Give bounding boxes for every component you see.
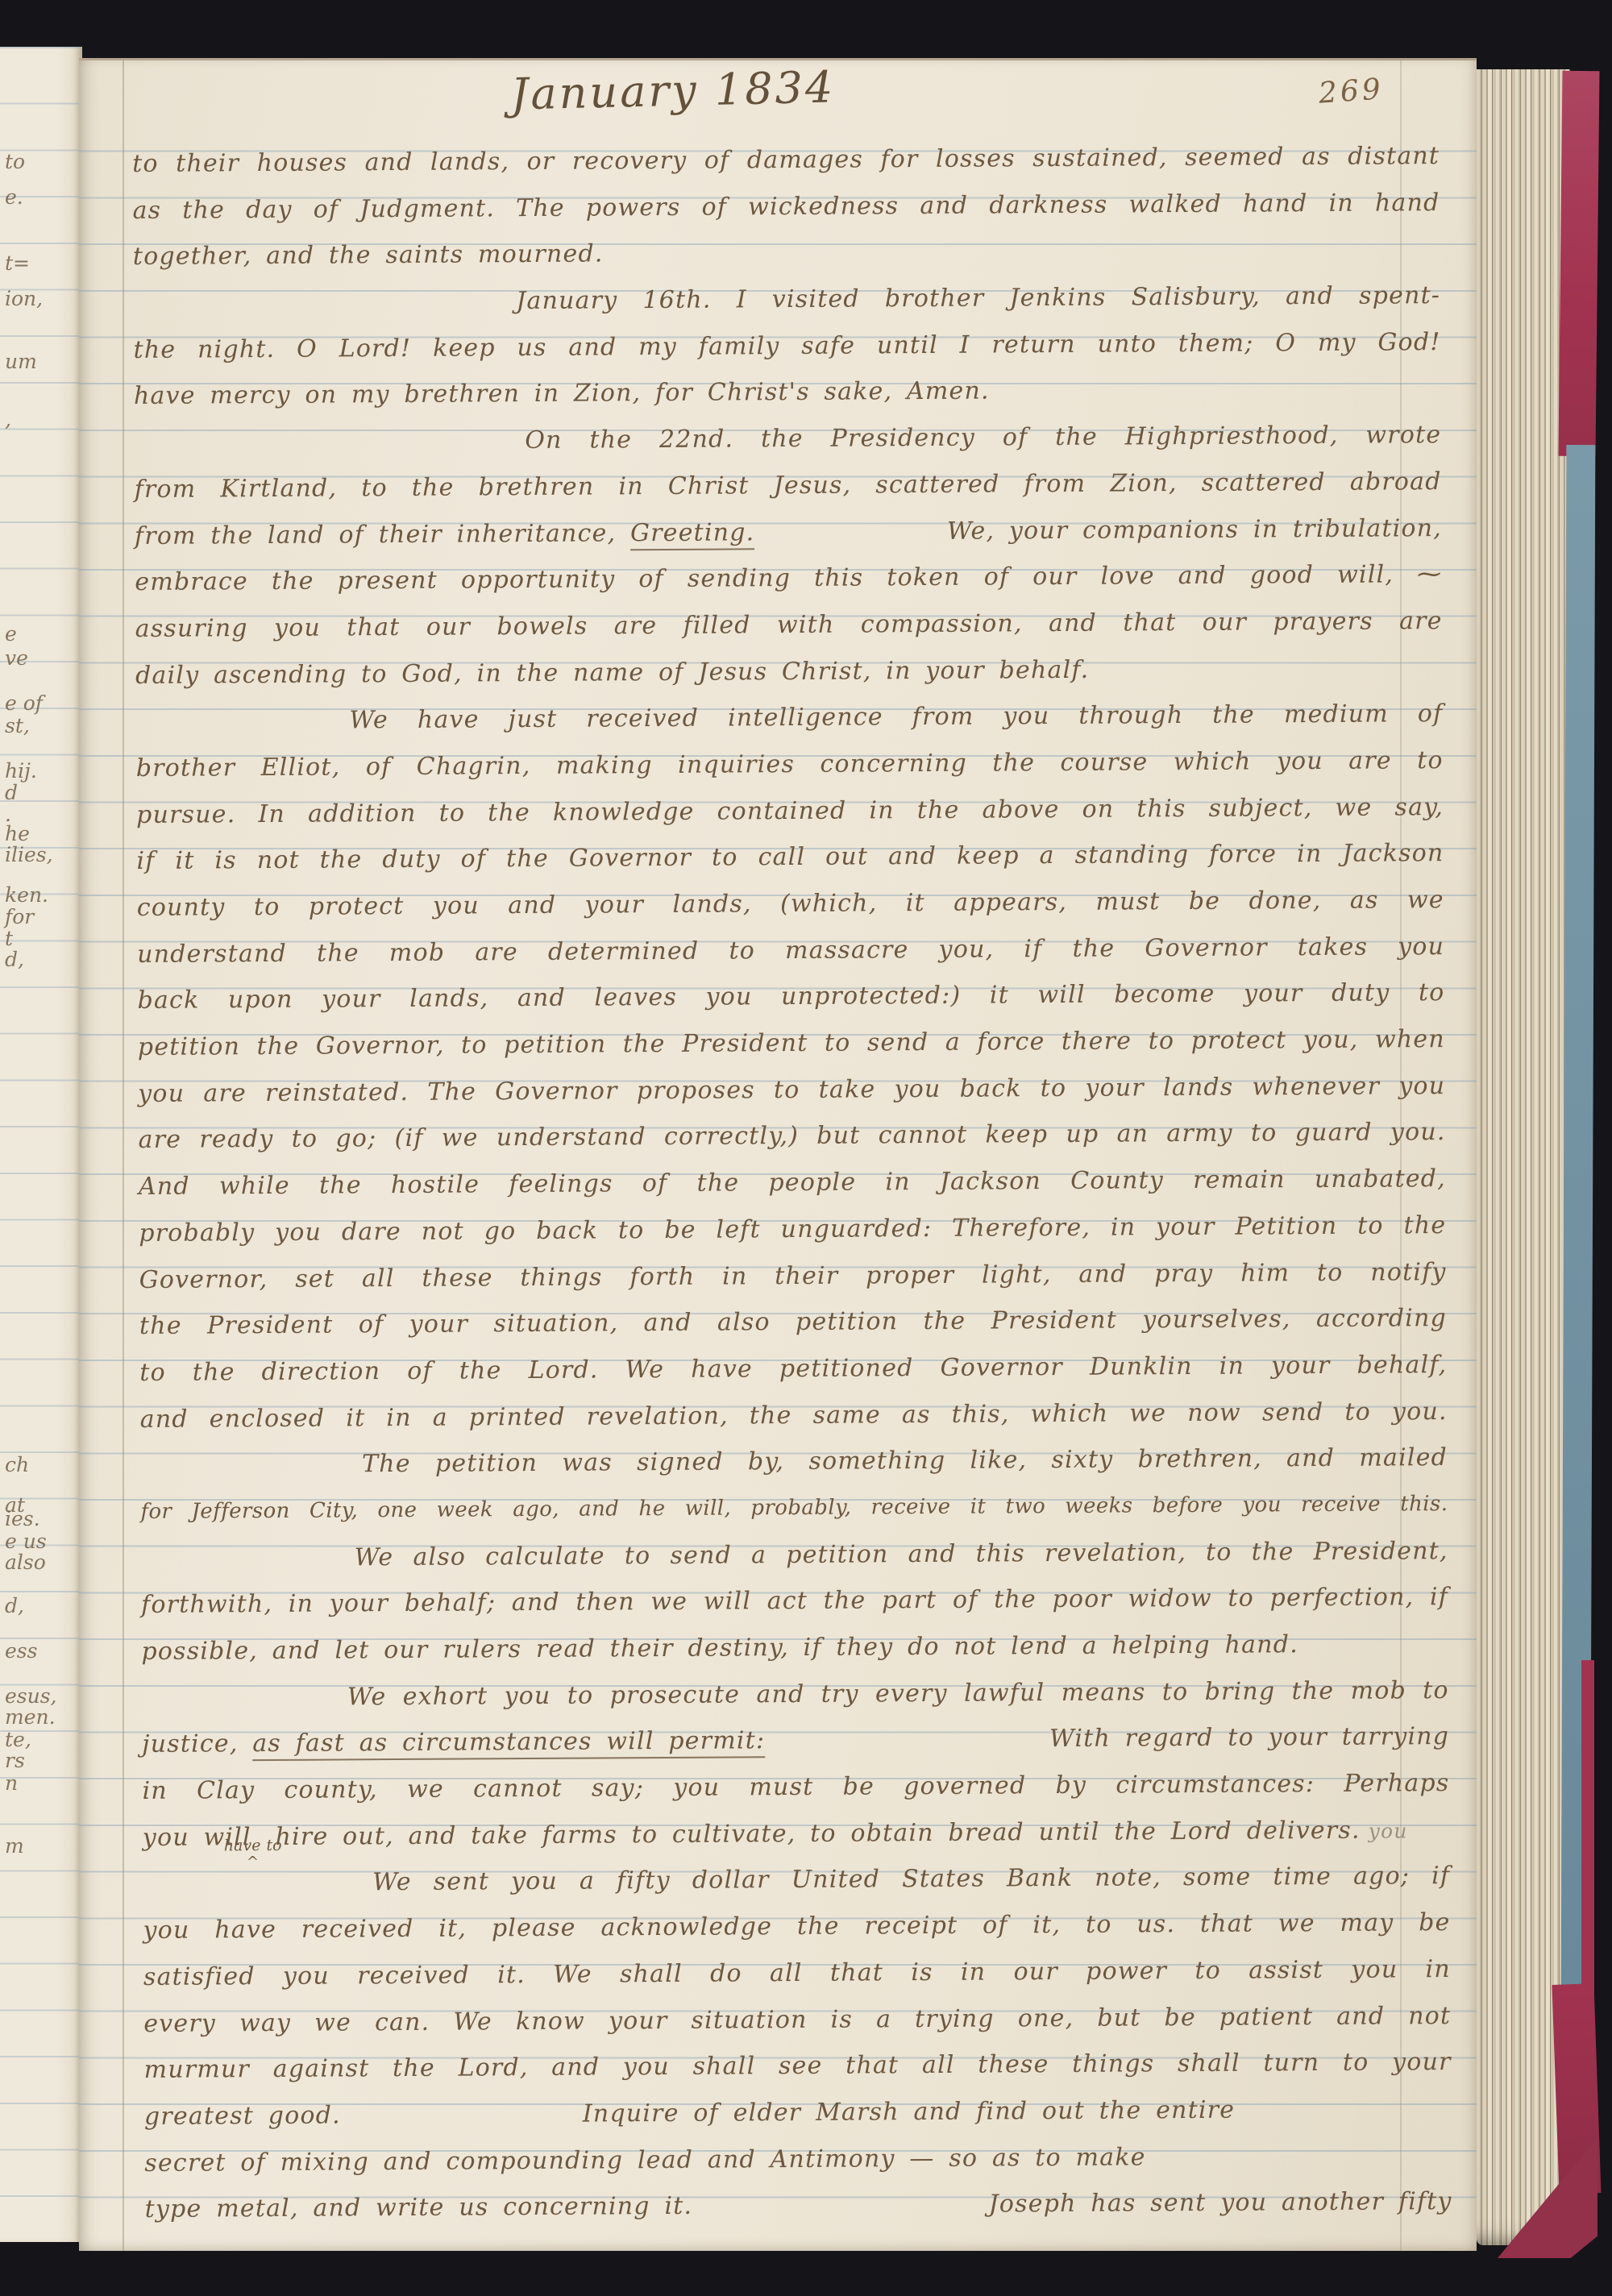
edge-text-fragment: ch	[5, 1453, 29, 1476]
manuscript-line: We have just received intelligence from …	[135, 691, 1443, 745]
edge-text-fragment: ken.	[5, 883, 48, 907]
edge-text-fragment: ion,	[5, 287, 43, 310]
edge-text-fragment: ilies,	[5, 843, 53, 866]
manuscript-line: murmur against the Lord, and you shall s…	[143, 2039, 1451, 2094]
manuscript-line: the night. O Lord! keep us and my family…	[133, 319, 1440, 374]
manuscript-line: pursue. In addition to the knowledge con…	[136, 784, 1444, 839]
edge-text-fragment: also	[5, 1551, 46, 1574]
manuscript-line: satisfied you received it. We shall do a…	[143, 1946, 1451, 2001]
edge-text-fragment: to	[5, 150, 25, 173]
edge-text-fragment: um	[5, 350, 37, 373]
edge-text-fragment: t=	[5, 251, 30, 275]
edge-text-fragment: te,	[5, 1728, 31, 1751]
manuscript-line: forthwith, in your behalf; and then we w…	[141, 1574, 1448, 1629]
manuscript-line: The petition was signed by, something li…	[140, 1434, 1448, 1489]
manuscript-line: On the 22nd. the Presidency of the Highp…	[134, 412, 1441, 467]
manuscript-line: daily ascending to God, in the name of J…	[135, 645, 1443, 700]
edge-text-fragment: rs	[5, 1749, 25, 1772]
manuscript-line: for Jefferson City, one week ago, and he…	[140, 1481, 1448, 1536]
manuscript-line: embrace the present opportunity of sendi…	[135, 551, 1442, 606]
manuscript-line: petition the Governor, to petition the P…	[138, 1016, 1445, 1071]
edge-text-fragment: e us	[5, 1530, 47, 1553]
edge-text-fragment: m	[5, 1834, 24, 1858]
manuscript-line: possible, and let our rulers read their …	[141, 1621, 1448, 1675]
manuscript-line: the President of your situation, and als…	[139, 1295, 1447, 1350]
manuscript-line: are ready to go; (if we understand corre…	[138, 1110, 1445, 1165]
manuscript-line: assuring you that our bowels are filled …	[135, 598, 1443, 653]
manuscript-line: secret of mixing and compounding lead an…	[144, 2132, 1452, 2187]
edge-text-fragment: ve	[5, 646, 28, 670]
left-margin-rule	[123, 60, 124, 2251]
manuscript-line: We sent you a fifty dollar United States…	[143, 1853, 1450, 1908]
manuscript-line: brother Elliot, of Chagrin, making inqui…	[136, 737, 1444, 792]
manuscript-line: as the day of Judgment. The powers of wi…	[132, 180, 1440, 235]
edge-text-fragment: ess	[5, 1639, 37, 1663]
manuscript-line: you willhave to^ hire out, and take farm…	[143, 1807, 1450, 1862]
edge-text-fragment: e.	[5, 185, 23, 209]
manuscript-line: have mercy on my brethren in Zion, for C…	[134, 366, 1441, 421]
edge-text-fragment: st,	[5, 714, 30, 737]
edge-text-fragment: he	[5, 822, 30, 845]
book-cover-red-top	[1558, 71, 1599, 456]
page-block-edge	[1477, 69, 1570, 2245]
manuscript-line: understand the mob are determined to mas…	[137, 924, 1444, 978]
journal-page: January 1834 269 to their houses and lan…	[79, 58, 1477, 2251]
manuscript-line: if it is not the duty of the Governor to…	[136, 830, 1444, 885]
scanned-journal-photo: { "page": { "header_title": "January 183…	[0, 0, 1612, 2296]
manuscript-line: Governor, set all these things forth in …	[139, 1249, 1446, 1304]
manuscript-line: in Clay county, we cannot say; you must …	[142, 1760, 1449, 1815]
edge-text-fragment: ,	[5, 408, 11, 431]
manuscript-line: from the land of their inheritance, Gree…	[135, 505, 1442, 560]
manuscript-line: and enclosed it in a printed revelation,…	[140, 1389, 1448, 1443]
edge-text-fragment: n	[5, 1771, 18, 1795]
manuscript-line: together, and the saints mourned.	[133, 226, 1440, 280]
manuscript-line: type metal, and write us concerning it.J…	[145, 2178, 1452, 2233]
manuscript-line: you are reinstated. The Governor propose…	[138, 1063, 1445, 1118]
manuscript-line: We also calculate to send a petition and…	[141, 1528, 1448, 1583]
prev-page-edge: toe.t=ion,um,evee ofst,hij.d.heilies,ken…	[0, 47, 82, 2242]
manuscript-text: to their houses and lands, or recovery o…	[132, 133, 1452, 2233]
manuscript-line: you have received it, please acknowledge…	[143, 1899, 1450, 1954]
manuscript-line: from Kirtland, to the brethren in Christ…	[134, 459, 1441, 513]
edge-text-fragment: d	[5, 781, 18, 804]
ruled-lines	[0, 47, 81, 2242]
manuscript-line: And while the hostile feelings of the pe…	[139, 1156, 1446, 1210]
manuscript-line: greatest good.Inquire of elder Marsh and…	[144, 2086, 1452, 2140]
edge-text-fragment: esus,	[5, 1684, 57, 1708]
manuscript-line: every way we can. We know your situation…	[143, 1993, 1451, 2048]
manuscript-line: We exhort you to prosecute and try every…	[142, 1667, 1449, 1722]
manuscript-line: county to protect you and your lands, (w…	[137, 877, 1444, 932]
book-cover-red-sliver	[1581, 1660, 1594, 2007]
edge-text-fragment: e of	[5, 691, 43, 715]
edge-text-fragment: hij.	[5, 759, 37, 783]
edge-text-fragment: d,	[5, 1594, 24, 1617]
edge-text-fragment: t	[5, 927, 13, 950]
manuscript-line: to the direction of the Lord. We have pe…	[139, 1342, 1447, 1397]
manuscript-line: to their houses and lands, or recovery o…	[132, 133, 1440, 188]
manuscript-line: probably you dare not go back to be left…	[139, 1202, 1446, 1257]
edge-text-fragment: ies.	[5, 1507, 40, 1530]
manuscript-line: back upon your lands, and leaves you unp…	[137, 969, 1444, 1024]
manuscript-line: January 16th. I visited brother Jenkins …	[133, 272, 1440, 327]
edge-text-fragment: men.	[5, 1705, 56, 1729]
edge-text-fragment: e	[5, 622, 17, 646]
manuscript-line: justice, as fast as circumstances will p…	[142, 1713, 1449, 1768]
edge-text-fragment: d,	[5, 948, 24, 971]
edge-text-fragment: for	[5, 905, 34, 928]
page-number: 269	[1318, 73, 1385, 110]
